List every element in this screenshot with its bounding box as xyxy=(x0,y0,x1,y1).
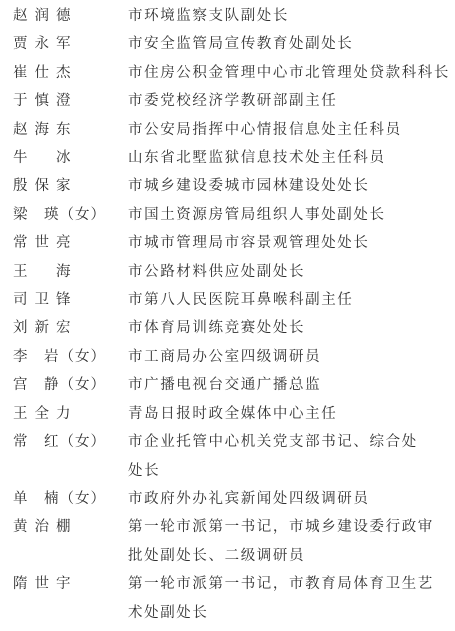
person-position: 第一轮市派第一书记，市教育局体育卫生艺 术处副处长 xyxy=(128,570,455,627)
list-item: 殷保家 市城乡建设委城市园林建设处处长 xyxy=(13,172,455,200)
person-position: 市广播电视台交通广播总监 xyxy=(128,371,455,399)
person-name: 贾永军 xyxy=(13,30,128,58)
person-position: 市公安局指挥中心情报信息处主任科员 xyxy=(128,116,455,144)
list-item: 贾永军 市安全监管局宣传教育处副处长 xyxy=(13,30,455,58)
person-position: 青岛日报时政全媒体中心主任 xyxy=(128,400,455,428)
list-item: 单 楠（女） 市政府外办礼宾新闻处四级调研员 xyxy=(13,485,455,513)
person-name: 梁 瑛（女） xyxy=(13,201,128,229)
person-position: 市城乡建设委城市园林建设处处长 xyxy=(128,172,455,200)
list-item: 常世亮 市城市管理局市容景观管理处处长 xyxy=(13,229,455,257)
list-item: 梁 瑛（女） 市国土资源房管局组织人事处副处长 xyxy=(13,201,455,229)
person-name: 赵润德 xyxy=(13,2,128,30)
person-name: 崔仕杰 xyxy=(13,59,128,87)
person-name: 殷保家 xyxy=(13,172,128,200)
person-position: 市安全监管局宣传教育处副处长 xyxy=(128,30,455,58)
person-name: 司卫锋 xyxy=(13,286,128,314)
person-name: 牛 冰 xyxy=(13,144,128,172)
list-item: 赵润德 市环境监察支队副处长 xyxy=(13,2,455,30)
personnel-list: 赵润德 市环境监察支队副处长 贾永军 市安全监管局宣传教育处副处长 崔仕杰 市住… xyxy=(0,0,455,627)
person-name: 单 楠（女） xyxy=(13,485,128,513)
list-item: 司卫锋 市第八人民医院耳鼻喉科副主任 xyxy=(13,286,455,314)
list-item: 崔仕杰 市住房公积金管理中心市北管理处贷款科科长 xyxy=(13,59,455,87)
person-position: 第一轮市派第一书记，市城乡建设委行政审 批处副处长、二级调研员 xyxy=(128,513,455,570)
list-item: 黄治棚 第一轮市派第一书记，市城乡建设委行政审 批处副处长、二级调研员 xyxy=(13,513,455,570)
person-position: 市企业托管中心机关党支部书记、综合处 处长 xyxy=(128,428,455,485)
person-position: 市工商局办公室四级调研员 xyxy=(128,343,455,371)
list-item: 王全力 青岛日报时政全媒体中心主任 xyxy=(13,400,455,428)
person-name: 宫 静（女） xyxy=(13,371,128,399)
person-position: 市委党校经济学教研部副主任 xyxy=(128,87,455,115)
person-name: 赵海东 xyxy=(13,116,128,144)
person-name: 王全力 xyxy=(13,400,128,428)
person-name: 李 岩（女） xyxy=(13,343,128,371)
person-name: 黄治棚 xyxy=(13,513,128,541)
person-name: 刘新宏 xyxy=(13,314,128,342)
person-position: 市国土资源房管局组织人事处副处长 xyxy=(128,201,455,229)
list-item: 刘新宏 市体育局训练竞赛处处长 xyxy=(13,314,455,342)
person-name: 王 海 xyxy=(13,258,128,286)
person-position: 山东省北墅监狱信息技术处主任科员 xyxy=(128,144,455,172)
list-item: 常 红（女） 市企业托管中心机关党支部书记、综合处 处长 xyxy=(13,428,455,485)
list-item: 牛 冰 山东省北墅监狱信息技术处主任科员 xyxy=(13,144,455,172)
list-item: 李 岩（女） 市工商局办公室四级调研员 xyxy=(13,343,455,371)
list-item: 隋世宇 第一轮市派第一书记，市教育局体育卫生艺 术处副处长 xyxy=(13,570,455,627)
list-item: 赵海东 市公安局指挥中心情报信息处主任科员 xyxy=(13,116,455,144)
person-name: 常世亮 xyxy=(13,229,128,257)
list-item: 于慎澄 市委党校经济学教研部副主任 xyxy=(13,87,455,115)
person-position: 市政府外办礼宾新闻处四级调研员 xyxy=(128,485,455,513)
person-position: 市住房公积金管理中心市北管理处贷款科科长 xyxy=(128,59,455,87)
list-item: 宫 静（女） 市广播电视台交通广播总监 xyxy=(13,371,455,399)
person-position: 市城市管理局市容景观管理处处长 xyxy=(128,229,455,257)
person-position: 市体育局训练竞赛处处长 xyxy=(128,314,455,342)
person-name: 常 红（女） xyxy=(13,428,128,456)
person-name: 于慎澄 xyxy=(13,87,128,115)
person-position: 市第八人民医院耳鼻喉科副主任 xyxy=(128,286,455,314)
person-position: 市环境监察支队副处长 xyxy=(128,2,455,30)
list-item: 王 海 市公路材料供应处副处长 xyxy=(13,258,455,286)
person-position: 市公路材料供应处副处长 xyxy=(128,258,455,286)
person-name: 隋世宇 xyxy=(13,570,128,598)
